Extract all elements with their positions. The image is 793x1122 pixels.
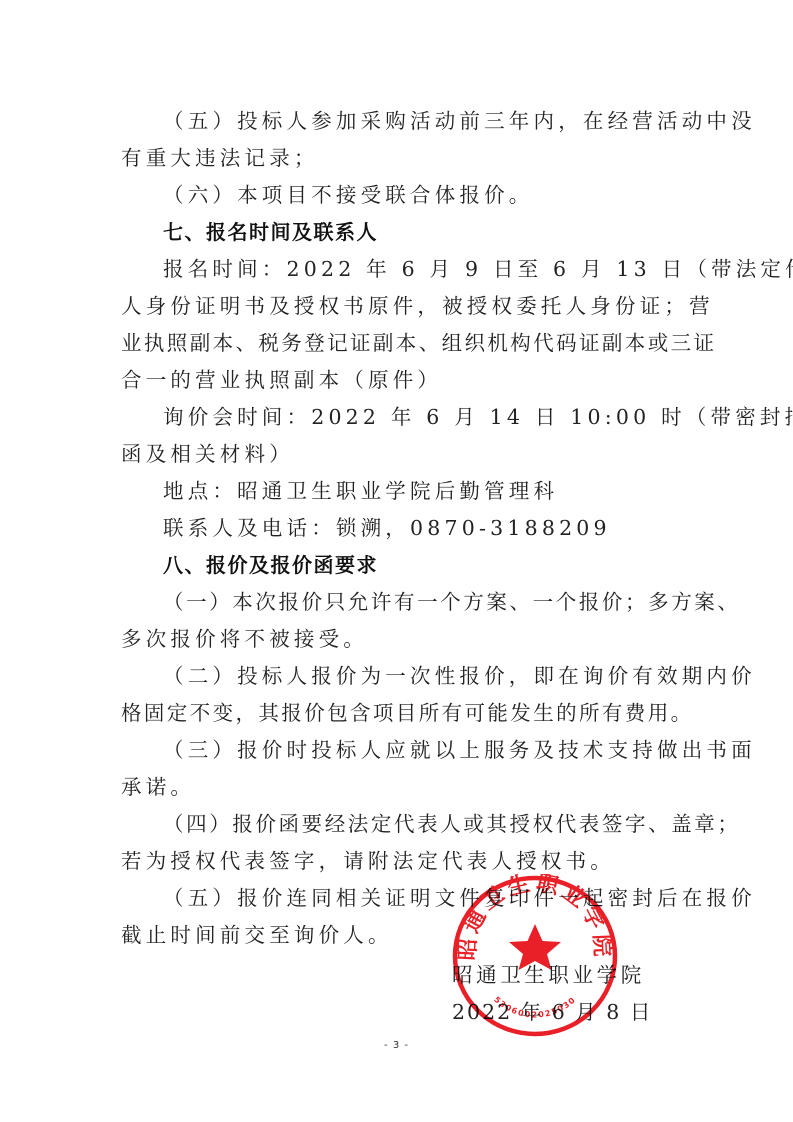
paragraph-contact: 联系人及电话：锁溯，0870-3188209 [163, 510, 673, 547]
star-icon [509, 924, 561, 970]
paragraph-quote-1: （一）本次报价只允许有一个方案、一个报价；多方案、 [163, 584, 673, 621]
paragraph-registration-time-cont: 合一的营业执照副本（原件） [121, 362, 673, 399]
seal-code: 5306002025030 [492, 995, 578, 1020]
paragraph-location: 地点：昭通卫生职业学院后勤管理科 [163, 473, 673, 510]
paragraph-registration-time-cont: 业执照副本、税务登记证副本、组织机构代码证副本或三证 [121, 325, 673, 362]
document-page: （五）投标人参加采购活动前三年内，在经营活动中没 有重大违法记录； （六）本项目… [0, 0, 793, 1122]
page-number: - 3 - [0, 1040, 793, 1051]
paragraph-quote-2: （二）投标人报价为一次性报价，即在询价有效期内价 [163, 658, 673, 695]
official-seal: 昭通卫生职业学院 5306002025030 [451, 874, 619, 1038]
paragraph-requirement-5: （五）投标人参加采购活动前三年内，在经营活动中没 [163, 103, 673, 140]
paragraph-quote-3-cont: 承诺。 [121, 769, 673, 806]
paragraph-registration-time-cont: 人身份证明书及授权书原件，被授权委托人身份证；营 [121, 288, 673, 325]
paragraph-registration-time: 报名时间：2022 年 6 月 9 日至 6 月 13 日（带法定代表 [163, 251, 673, 288]
paragraph-quote-2-cont: 格固定不变，其报价包含项目所有可能发生的所有费用。 [121, 695, 673, 732]
paragraph-requirement-6: （六）本项目不接受联合体报价。 [163, 177, 673, 214]
paragraph-inquiry-time-cont: 函及相关材料） [121, 436, 673, 473]
paragraph-requirement-5-cont: 有重大违法记录； [121, 140, 673, 177]
paragraph-quote-4: （四）报价函要经法定代表人或其授权代表签字、盖章； [163, 806, 673, 843]
paragraph-inquiry-time: 询价会时间：2022 年 6 月 14 日 10:00 时（带密封报价 [163, 399, 673, 436]
section-heading-quote-requirements: 八、报价及报价函要求 [163, 547, 673, 584]
paragraph-quote-3: （三）报价时投标人应就以上服务及技术支持做出书面 [163, 732, 673, 769]
section-heading-registration: 七、报名时间及联系人 [163, 214, 673, 251]
paragraph-quote-1-cont: 多次报价将不被接受。 [121, 621, 673, 658]
